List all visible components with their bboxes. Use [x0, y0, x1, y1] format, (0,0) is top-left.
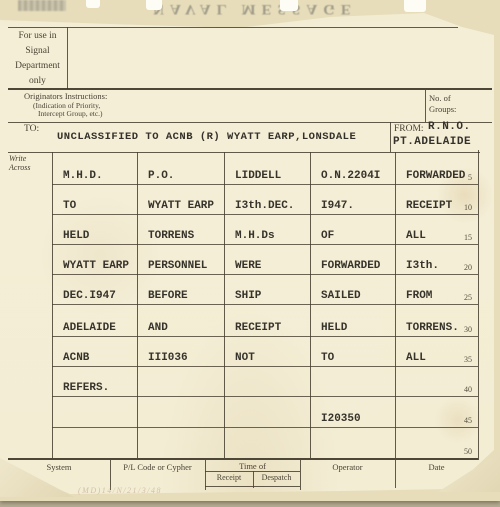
message-cell: I20350 — [310, 397, 395, 427]
signal-box-line: only — [8, 74, 67, 89]
originators-instructions-label: Originators Instructions: — [24, 91, 107, 101]
line-number: 15 — [464, 233, 472, 242]
message-word: BEFORE — [148, 290, 188, 302]
from-value-line1: R.N.O. — [428, 121, 471, 133]
no-of-groups-label: No. of Groups: — [429, 93, 456, 115]
write-across-label: Write Across — [9, 154, 30, 172]
rule — [205, 486, 300, 487]
message-cell: III036 — [137, 337, 224, 366]
footer-code-label: P/L Code or Cypher — [110, 462, 205, 472]
message-cell — [224, 428, 310, 458]
paper-notch — [86, 0, 100, 8]
message-cell: FORWARDED — [310, 245, 395, 274]
message-word: DEC.I947 — [63, 290, 116, 302]
message-cell: FORWARDED5 — [395, 152, 478, 184]
message-cell: I3th.DEC. — [224, 185, 310, 214]
paper-notch — [404, 0, 426, 12]
message-cell: OF — [310, 215, 395, 244]
message-word: AND — [148, 322, 168, 334]
message-cell: ALL15 — [395, 215, 478, 244]
footer-time-of-label: Time of — [205, 461, 300, 471]
rule — [8, 88, 492, 90]
message-word: O.N.2204I — [321, 170, 380, 182]
message-word: ADELAIDE — [63, 322, 116, 334]
message-row: I2035045 — [52, 397, 478, 428]
rule — [8, 458, 478, 460]
rule — [8, 27, 458, 28]
message-cell — [137, 397, 224, 427]
message-cell: WERE — [224, 245, 310, 274]
message-word: LIDDELL — [235, 170, 281, 182]
message-word: I947. — [321, 200, 354, 212]
message-word: REFERS. — [63, 382, 109, 394]
message-cell — [310, 428, 395, 458]
message-row: M.H.D.P.O.LIDDELLO.N.2204IFORWARDED5 — [52, 152, 478, 185]
message-cell: WYATT EARP — [52, 245, 137, 274]
rule — [390, 122, 391, 152]
message-cell — [137, 428, 224, 458]
message-word: WYATT EARP — [148, 200, 214, 212]
line-number: 5 — [468, 173, 472, 182]
message-word: P.O. — [148, 170, 174, 182]
signal-box-line: Signal — [8, 44, 67, 59]
signal-department-box: For use in Signal Department only — [8, 29, 67, 89]
rule — [8, 122, 492, 123]
line-number: 10 — [464, 203, 472, 212]
message-row: WYATT EARPPERSONNELWEREFORWARDEDI3th.20 — [52, 245, 478, 275]
message-word: FORWARDED — [406, 170, 465, 182]
message-cell: TO — [310, 337, 395, 366]
message-cell: ALL35 — [395, 337, 478, 366]
message-word: TORRENS. — [406, 322, 459, 334]
message-cell: RECEIPT10 — [395, 185, 478, 214]
naval-message-form-scan: NAVAL MESSAGE For use in Signal Departme… — [0, 0, 500, 507]
message-cell: I947. — [310, 185, 395, 214]
to-label: TO: — [24, 124, 39, 134]
message-word: SAILED — [321, 290, 361, 302]
message-cell: DEC.I947 — [52, 275, 137, 304]
message-word: NOT — [235, 352, 255, 364]
stamp-smudge — [18, 0, 66, 11]
line-number: 25 — [464, 293, 472, 302]
message-cell — [224, 397, 310, 427]
line-number: 45 — [464, 416, 472, 425]
message-grid: M.H.D.P.O.LIDDELLO.N.2204IFORWARDED5TOWY… — [52, 152, 478, 458]
message-cell: PERSONNEL — [137, 245, 224, 274]
message-word: ALL — [406, 230, 426, 242]
message-word: ALL — [406, 352, 426, 364]
message-cell: 45 — [395, 397, 478, 427]
message-word: OF — [321, 230, 334, 242]
message-word: I3th. — [406, 260, 439, 272]
line-number: 50 — [464, 447, 472, 456]
rule — [478, 150, 479, 460]
message-cell: HELD — [310, 305, 395, 336]
from-value-line2: PT.ADELAIDE — [393, 136, 471, 148]
message-word: FORWARDED — [321, 260, 380, 272]
message-word: I3th.DEC. — [235, 200, 294, 212]
message-word: RECEIPT — [406, 200, 452, 212]
message-cell: SHIP — [224, 275, 310, 304]
message-word: HELD — [321, 322, 347, 334]
from-label: FROM: — [394, 124, 424, 134]
message-word: III036 — [148, 352, 188, 364]
message-row: REFERS.40 — [52, 367, 478, 397]
message-word: PERSONNEL — [148, 260, 207, 272]
message-cell — [310, 367, 395, 396]
message-cell — [52, 397, 137, 427]
message-row: ACNBIII036NOTTOALL35 — [52, 337, 478, 367]
message-word: ACNB — [63, 352, 89, 364]
message-cell — [52, 428, 137, 458]
message-cell: WYATT EARP — [137, 185, 224, 214]
message-row: HELDTORRENSM.H.DsOFALL15 — [52, 215, 478, 245]
message-cell: LIDDELL — [224, 152, 310, 184]
message-word: HELD — [63, 230, 89, 242]
line-number: 20 — [464, 263, 472, 272]
footer-date-label: Date — [395, 462, 478, 472]
footer-despatch-label: Despatch — [253, 473, 300, 482]
message-cell: I3th.20 — [395, 245, 478, 274]
message-cell — [224, 367, 310, 396]
paper-notch — [146, 0, 162, 10]
paper-notch — [280, 0, 298, 11]
message-word: I20350 — [321, 413, 361, 425]
message-row: ADELAIDEANDRECEIPTHELDTORRENS.30 — [52, 305, 478, 337]
message-cell: 50 — [395, 428, 478, 458]
to-value: UNCLASSIFIED TO ACNB (R) WYATT EARP,LONS… — [57, 131, 356, 143]
message-word: WYATT EARP — [63, 260, 129, 272]
signal-box-line: Department — [8, 59, 67, 74]
message-row: 50 — [52, 428, 478, 458]
message-cell: RECEIPT — [224, 305, 310, 336]
footer-receipt-label: Receipt — [205, 473, 253, 482]
message-cell: BEFORE — [137, 275, 224, 304]
message-word: RECEIPT — [235, 322, 281, 334]
message-cell: M.H.D. — [52, 152, 137, 184]
message-cell: TO — [52, 185, 137, 214]
message-cell: M.H.Ds — [224, 215, 310, 244]
originators-sub-label: Intercept Group, etc.) — [38, 109, 103, 118]
message-cell: TORRENS.30 — [395, 305, 478, 336]
message-cell: NOT — [224, 337, 310, 366]
message-cell: SAILED — [310, 275, 395, 304]
mirrored-form-title: NAVAL MESSAGE — [138, 0, 372, 17]
message-cell: FROM25 — [395, 275, 478, 304]
rule — [67, 27, 68, 89]
pencil-annotation: (MD)14/N/21/3/48 — [78, 486, 162, 495]
line-number: 30 — [464, 325, 472, 334]
message-cell — [137, 367, 224, 396]
rule — [425, 90, 426, 122]
message-cell: AND — [137, 305, 224, 336]
line-number: 40 — [464, 385, 472, 394]
message-word: WERE — [235, 260, 261, 272]
message-cell: ACNB — [52, 337, 137, 366]
message-cell: REFERS. — [52, 367, 137, 396]
message-row: DEC.I947BEFORESHIPSAILEDFROM25 — [52, 275, 478, 305]
message-cell: HELD — [52, 215, 137, 244]
message-word: TO — [63, 200, 76, 212]
message-cell: TORRENS — [137, 215, 224, 244]
line-number: 35 — [464, 355, 472, 364]
message-word: M.H.Ds — [235, 230, 275, 242]
message-word: M.H.D. — [63, 170, 103, 182]
message-cell: P.O. — [137, 152, 224, 184]
message-cell: 40 — [395, 367, 478, 396]
message-word: FROM — [406, 290, 432, 302]
message-row: TOWYATT EARPI3th.DEC.I947.RECEIPT10 — [52, 185, 478, 215]
signal-box-line: For use in — [8, 29, 67, 44]
message-word: SHIP — [235, 290, 261, 302]
message-cell: O.N.2204I — [310, 152, 395, 184]
footer-operator-label: Operator — [300, 462, 395, 472]
footer-system-label: System — [8, 462, 110, 472]
message-cell: ADELAIDE — [52, 305, 137, 336]
message-word: TO — [321, 352, 334, 364]
message-word: TORRENS — [148, 230, 194, 242]
